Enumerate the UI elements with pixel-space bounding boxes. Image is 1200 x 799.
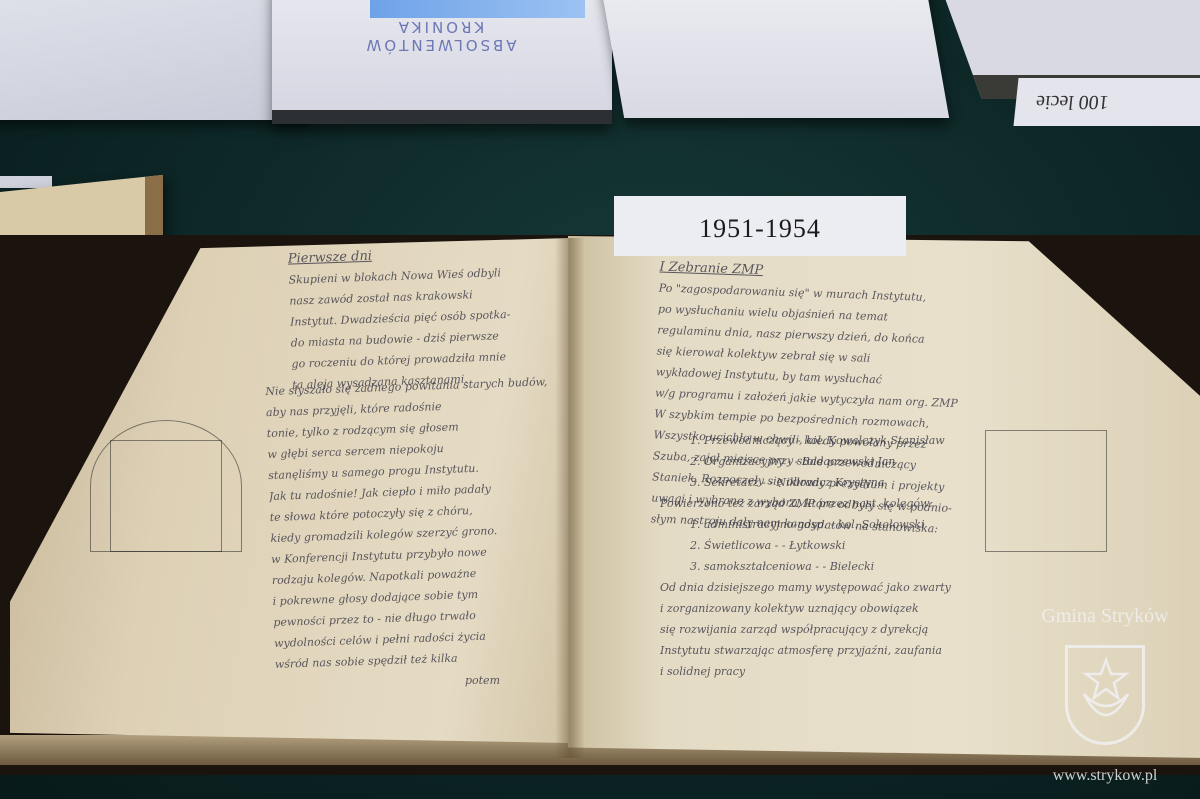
book-gutter (555, 238, 585, 758)
handwritten-line: Od dnia dzisiejszego mamy występować jak… (660, 577, 990, 598)
handwritten-line: 2. Organizacyjny - - Badaczewski Jan (660, 451, 990, 472)
handwritten-line: potem (160, 670, 500, 691)
kronika-right-page (600, 0, 949, 118)
right-page-list: 1. Przewodniczący - kol. Kowalczyk Stani… (660, 430, 990, 682)
handwritten-line: 1. administracyjno-gosp. - kol. Sokołows… (660, 514, 990, 535)
star-crescent-icon (1076, 656, 1136, 736)
left-page-footer: potem (160, 670, 500, 691)
top-right-card-text: 100 lecie (1033, 78, 1111, 126)
handwritten-line: 1. Przewodniczący - kol. Kowalczyk Stani… (660, 430, 990, 451)
handwritten-line: się rozwijania zarząd współpracujący z d… (660, 619, 990, 640)
handwritten-line: i solidnej pracy (660, 661, 990, 682)
small-card (0, 176, 52, 188)
handwritten-line: 3. Sekretarz - - Nikłowicz Krystyna (660, 472, 990, 493)
gate-sketch-frame (110, 440, 222, 552)
handwritten-line: 2. Świetlicowa - - Łytkowski (660, 535, 990, 556)
kronika-cover-title: ABSOLWENTÓW KRONIKA (330, 18, 550, 54)
handwritten-line: Powierzono też zarząd ZMP przez nast. ko… (660, 493, 990, 514)
left-page-text-2: Nie słyszało się żadnego powitania stary… (265, 371, 565, 675)
kronika-title-line2: ABSOLWENTÓW (330, 36, 550, 54)
top-right-card: 100 lecie (1013, 78, 1200, 126)
watermark-title: Gmina Stryków (1015, 605, 1195, 628)
handwritten-line: i zorganizowany kolektyw uznający obowią… (660, 598, 990, 619)
kronika-title-line1: KRONIKA (330, 18, 550, 36)
watermark: Gmina Stryków www.strykow.pl (1015, 605, 1195, 795)
watermark-url: www.strykow.pl (1015, 767, 1195, 785)
coat-of-arms-icon (1065, 645, 1145, 745)
kronika-cover-image (370, 0, 585, 18)
year-label: 1951-1954 (614, 214, 906, 244)
classroom-sketch (985, 430, 1107, 552)
exhibition-scene: ABSOLWENTÓW KRONIKA 100 lecie 1951-1954 … (0, 0, 1200, 799)
handwritten-line: 3. samokształceniowa - - Bielecki (660, 556, 990, 577)
handwritten-line: Instytutu stwarzając atmosferę przyjaźni… (660, 640, 990, 661)
